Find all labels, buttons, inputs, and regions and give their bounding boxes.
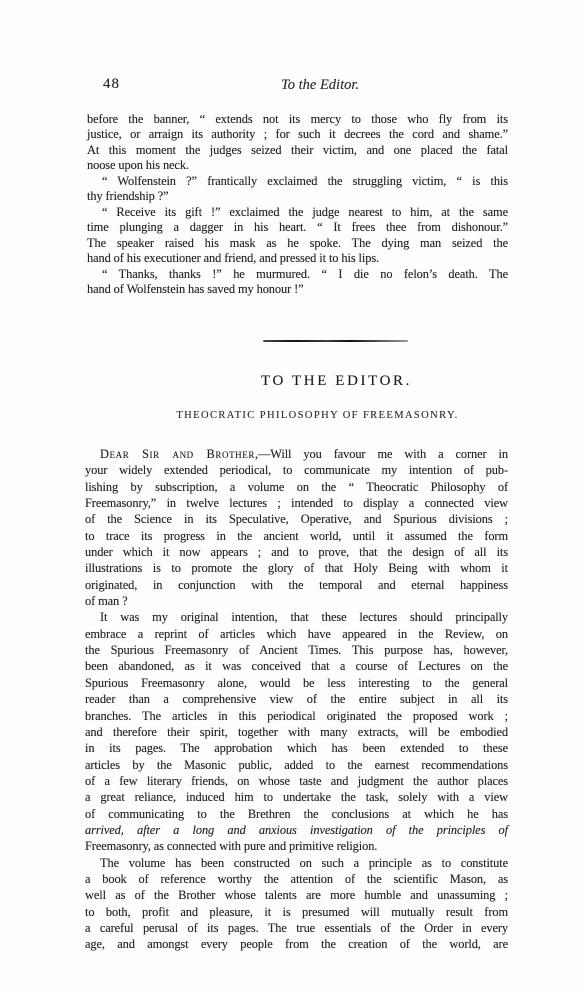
text-segment: The speaker raised his mask as he spoke.… bbox=[87, 236, 508, 250]
paragraph: Dear Sir and Brother,—Will you favour me… bbox=[85, 446, 508, 609]
paragraph: It was my original intention, that these… bbox=[85, 609, 508, 854]
text-line: lishing by subscription, a volume on the… bbox=[85, 479, 508, 495]
text-line: hand of Wolfenstein has saved my honour … bbox=[87, 282, 508, 297]
text-segment: the Spurious Freemasonry of Ancient Time… bbox=[85, 643, 508, 657]
text-line: to trace its progress in the ancient wor… bbox=[85, 528, 508, 544]
text-line: thy friendship ?” bbox=[87, 189, 508, 204]
text-line: branches. The articles in this periodica… bbox=[85, 708, 508, 724]
text-line: and therefore their spirit, together wit… bbox=[85, 724, 508, 740]
text-segment: time plunging a dagger in his heart. “ I… bbox=[87, 220, 508, 234]
text-line: age, and amongst every people from the c… bbox=[85, 936, 508, 952]
text-segment: Freemasonry,” in twelve lectures ; inten… bbox=[85, 496, 508, 510]
text-segment: originated, in conjunction with the temp… bbox=[85, 578, 508, 592]
text-segment: Freemasonry, as connected with pure and … bbox=[85, 839, 377, 853]
text-line: The volume has been constructed on such … bbox=[85, 855, 508, 871]
text-line: your widely extended periodical, to comm… bbox=[85, 462, 508, 478]
text-line: a careful perusal of its pages. The true… bbox=[85, 920, 508, 936]
paragraph: before the banner, “ extends not its mer… bbox=[87, 112, 508, 174]
text-line: Freemasonry,” in twelve lectures ; inten… bbox=[85, 495, 508, 511]
section-title: TO THE EDITOR. bbox=[44, 373, 585, 390]
text-line: justice, or arraign its authority ; for … bbox=[87, 127, 508, 142]
text-segment: of man ? bbox=[85, 594, 128, 608]
section-divider-rule bbox=[263, 340, 408, 342]
text-line: embrace a reprint of articles which have… bbox=[85, 626, 508, 642]
story-continuation-text: before the banner, “ extends not its mer… bbox=[87, 112, 508, 297]
text-segment: your widely extended periodical, to comm… bbox=[85, 463, 508, 477]
text-segment: illustrations is to promote the glory of… bbox=[85, 561, 508, 575]
text-segment: At this moment the judges seized their v… bbox=[87, 143, 508, 157]
text-segment: been abandoned, as it was conceived that… bbox=[85, 659, 508, 673]
text-line: of man ? bbox=[85, 593, 508, 609]
text-line: articles by the Masonic public, added to… bbox=[85, 757, 508, 773]
running-title: To the Editor. bbox=[281, 77, 359, 94]
text-segment: in its pages. The approbation which has … bbox=[85, 741, 508, 755]
text-line: in its pages. The approbation which has … bbox=[85, 740, 508, 756]
text-segment: well as of the Brother whose talents are… bbox=[85, 888, 508, 902]
text-line: Dear Sir and Brother,—Will you favour me… bbox=[85, 446, 508, 462]
text-segment: to trace its progress in the ancient wor… bbox=[85, 529, 508, 543]
paragraph: The volume has been constructed on such … bbox=[85, 855, 508, 953]
section-subtitle: THEOCRATIC PHILOSOPHY OF FREEMASONRY. bbox=[25, 410, 585, 421]
text-segment: “ Thanks, thanks !” he murmured. “ I die… bbox=[102, 267, 508, 281]
text-segment: “ Receive its gift !” exclaimed the judg… bbox=[102, 205, 508, 219]
text-line: illustrations is to promote the glory of… bbox=[85, 560, 508, 576]
paragraph: “ Thanks, thanks !” he murmured. “ I die… bbox=[87, 267, 508, 298]
text-line: of a few literary friends, on whose tast… bbox=[85, 773, 508, 789]
text-segment: ,—Will you favour me with a corner in bbox=[255, 447, 508, 461]
text-line: been abandoned, as it was conceived that… bbox=[85, 658, 508, 674]
text-line: originated, in conjunction with the temp… bbox=[85, 577, 508, 593]
text-segment: It was my original intention, that these… bbox=[100, 610, 508, 624]
text-line: “ Wolfenstein ?” frantically exclaimed t… bbox=[87, 174, 508, 189]
text-line: before the banner, “ extends not its mer… bbox=[87, 112, 508, 127]
text-line: The speaker raised his mask as he spoke.… bbox=[87, 236, 508, 251]
letter-body-text: Dear Sir and Brother,—Will you favour me… bbox=[85, 446, 508, 953]
text-segment: to both, profit and pleasure, it is pres… bbox=[85, 905, 508, 919]
text-segment: a book of reference worthy the attention… bbox=[85, 872, 508, 886]
text-segment: hand of Wolfenstein has saved my honour … bbox=[87, 282, 304, 296]
text-line: to both, profit and pleasure, it is pres… bbox=[85, 904, 508, 920]
text-segment: under which it now appears ; and to prov… bbox=[85, 545, 508, 559]
text-line: Spurious Freemasonry alone, would be les… bbox=[85, 675, 508, 691]
text-line: a great reliance, induced him to underta… bbox=[85, 789, 508, 805]
paragraph: “ Receive its gift !” exclaimed the judg… bbox=[87, 205, 508, 267]
text-line: “ Receive its gift !” exclaimed the judg… bbox=[87, 205, 508, 220]
text-segment: branches. The articles in this periodica… bbox=[85, 709, 508, 723]
text-segment: age, and amongst every people from the c… bbox=[85, 937, 508, 951]
text-line: arrived, after a long and anxious invest… bbox=[85, 822, 508, 838]
text-line: the Spurious Freemasonry of Ancient Time… bbox=[85, 642, 508, 658]
text-segment: “ Wolfenstein ?” frantically exclaimed t… bbox=[102, 174, 508, 188]
text-segment: a great reliance, induced him to underta… bbox=[85, 790, 508, 804]
salutation-smallcaps: Dear Sir and Brother bbox=[100, 447, 255, 461]
text-segment: of communicating to the Brethren the con… bbox=[85, 807, 508, 821]
text-line: At this moment the judges seized their v… bbox=[87, 143, 508, 158]
text-segment: The volume has been constructed on such … bbox=[100, 856, 508, 870]
text-segment: of the Science in its Speculative, Opera… bbox=[85, 512, 508, 526]
text-segment: a careful perusal of its pages. The true… bbox=[85, 921, 508, 935]
text-segment: thy friendship ?” bbox=[87, 189, 169, 203]
page-header: 48 To the Editor. bbox=[0, 76, 585, 98]
scanned-book-page: 48 To the Editor. before the banner, “ e… bbox=[0, 0, 585, 993]
text-segment: and therefore their spirit, together wit… bbox=[85, 725, 508, 739]
text-line: of communicating to the Brethren the con… bbox=[85, 806, 508, 822]
text-segment: hand of his executioner and friend, and … bbox=[87, 251, 379, 265]
text-line: It was my original intention, that these… bbox=[85, 609, 508, 625]
text-line: under which it now appears ; and to prov… bbox=[85, 544, 508, 560]
text-line: reader than a comprehensive view of the … bbox=[85, 691, 508, 707]
text-line: well as of the Brother whose talents are… bbox=[85, 887, 508, 903]
text-segment: noose upon his neck. bbox=[87, 158, 189, 172]
text-segment: embrace a reprint of articles which have… bbox=[85, 627, 508, 641]
text-line: hand of his executioner and friend, and … bbox=[87, 251, 508, 266]
text-line: a book of reference worthy the attention… bbox=[85, 871, 508, 887]
italic-text: arrived, after a long and anxious invest… bbox=[85, 823, 508, 837]
text-segment: articles by the Masonic public, added to… bbox=[85, 758, 508, 772]
page-number: 48 bbox=[103, 76, 120, 93]
text-line: Freemasonry, as connected with pure and … bbox=[85, 838, 508, 854]
text-line: noose upon his neck. bbox=[87, 158, 508, 173]
text-segment: before the banner, “ extends not its mer… bbox=[87, 112, 508, 126]
text-segment: reader than a comprehensive view of the … bbox=[85, 692, 508, 706]
text-segment: Spurious Freemasonry alone, would be les… bbox=[85, 676, 508, 690]
text-segment: justice, or arraign its authority ; for … bbox=[87, 127, 508, 141]
text-segment: of a few literary friends, on whose tast… bbox=[85, 774, 508, 788]
text-line: of the Science in its Speculative, Opera… bbox=[85, 511, 508, 527]
text-segment: lishing by subscription, a volume on the… bbox=[85, 480, 508, 494]
text-line: time plunging a dagger in his heart. “ I… bbox=[87, 220, 508, 235]
text-line: “ Thanks, thanks !” he murmured. “ I die… bbox=[87, 267, 508, 282]
paragraph: “ Wolfenstein ?” frantically exclaimed t… bbox=[87, 174, 508, 205]
